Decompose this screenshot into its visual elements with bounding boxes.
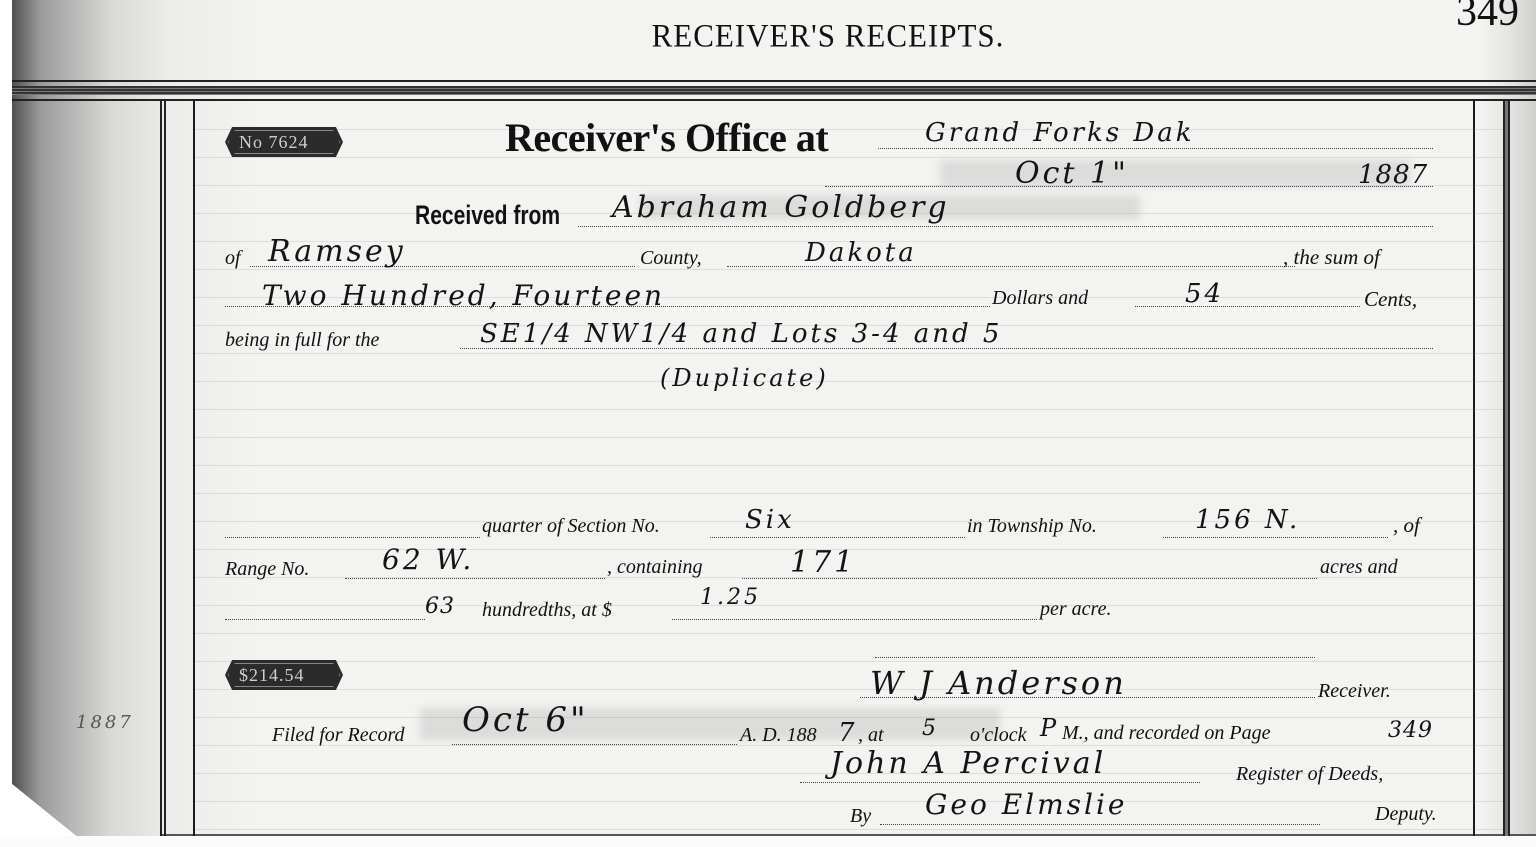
- amount-stamp: $214.54: [225, 660, 343, 690]
- range-number: 62 W.: [382, 543, 474, 576]
- filed-date: Oct 6": [462, 700, 589, 740]
- hundredths-value: 63: [425, 594, 455, 619]
- meridiem: P: [1040, 714, 1059, 742]
- office-location: Grand Forks Dak: [925, 118, 1195, 148]
- containing-label: , containing: [607, 556, 703, 579]
- left-double-rule: [160, 101, 166, 836]
- register-of-deeds-label: Register of Deeds,: [1236, 763, 1383, 786]
- page-number: 349: [1456, 0, 1519, 36]
- of-label: of: [225, 247, 241, 270]
- township-label: in Township No.: [967, 515, 1097, 538]
- quarter-section-label: quarter of Section No.: [482, 515, 660, 538]
- range-label: Range No.: [225, 558, 309, 581]
- deputy-signature: Geo Elmslie: [925, 788, 1128, 821]
- top-rule-2: [12, 99, 1536, 101]
- section-number: Six: [745, 505, 795, 535]
- page-edge: [0, 0, 12, 847]
- register-signature: John A Percival: [830, 746, 1106, 781]
- hundredths-label: hundredths, at $: [482, 599, 612, 622]
- ad-year-digit: 7: [838, 718, 858, 748]
- stamp-border: [228, 130, 340, 154]
- being-in-full-label: being in full for the: [225, 329, 379, 352]
- price-per-acre: 1.25: [700, 585, 761, 610]
- received-from-dotted-line: [578, 226, 1433, 227]
- page-bottom-edge: [0, 836, 1536, 847]
- cents-dotted-line: [1135, 306, 1360, 307]
- at-label: , at: [858, 724, 884, 747]
- stamp-border: [228, 663, 340, 687]
- per-acre-label: per acre.: [1040, 598, 1111, 621]
- sum-of-label: , the sum of: [1283, 245, 1380, 270]
- recorded-on-page-label: M., and recorded on Page: [1062, 722, 1270, 745]
- duplicate-note: (Duplicate): [660, 364, 829, 392]
- county-name: Ramsey: [268, 234, 406, 269]
- margin-year-note: 1887: [76, 712, 134, 733]
- county-label: County,: [640, 247, 702, 270]
- oclock-label: o'clock: [970, 724, 1026, 747]
- range-dotted-line: [345, 578, 605, 579]
- page-title: RECEIVER'S RECEIPTS.: [0, 17, 1536, 55]
- acres-and-label: acres and: [1320, 556, 1398, 579]
- deputy-label: Deputy.: [1375, 803, 1437, 826]
- township-number: 156 N.: [1195, 505, 1300, 535]
- filed-date-dotted-line: [452, 744, 737, 745]
- office-dotted-line: [878, 148, 1433, 149]
- top-rule-1: [12, 80, 1536, 82]
- acres-value: 171: [790, 545, 856, 580]
- receiver-label: Receiver.: [1318, 680, 1391, 703]
- deputy-dotted-line: [880, 824, 1320, 825]
- date-dotted-line: [825, 186, 1433, 187]
- right-double-rule: [1503, 101, 1510, 836]
- received-from-label: Received from: [415, 200, 560, 231]
- recorded-page: 349: [1388, 718, 1433, 743]
- price-dotted-line: [672, 619, 1037, 620]
- section-dotted-line: [710, 537, 965, 538]
- land-description: SE1/4 NW1/4 and Lots 3-4 and 5: [480, 319, 1002, 349]
- cents-value: 54: [1185, 279, 1224, 309]
- register-dotted-line: [800, 782, 1200, 783]
- township-dotted-line: [1163, 537, 1388, 538]
- filed-hour: 5: [922, 716, 939, 741]
- office-heading: Receiver's Office at: [505, 114, 828, 161]
- receipt-number-stamp: No 7624: [225, 127, 343, 157]
- filed-for-record-label: Filed for Record: [272, 724, 405, 747]
- receipt-date: Oct 1": [1015, 156, 1129, 191]
- smudge: [940, 160, 1410, 186]
- receipt-year: 1887: [1358, 160, 1428, 190]
- dollars-and-label: Dollars and: [992, 287, 1088, 310]
- amount-words: Two Hundred, Fourteen: [262, 279, 665, 312]
- receiver-signature: W J Anderson: [870, 664, 1127, 702]
- hundredths-dotted-line-left: [225, 619, 425, 620]
- ad-label: A. D. 188: [740, 724, 817, 747]
- payer-name: Abraham Goldberg: [612, 190, 950, 225]
- territory-name: Dakota: [805, 238, 917, 268]
- cents-label: Cents,: [1364, 287, 1417, 312]
- receiver-top-dotted-line: [875, 657, 1315, 658]
- top-rule-band: [12, 86, 1536, 95]
- by-label: By: [850, 805, 871, 828]
- of-label-2: , of: [1393, 513, 1420, 538]
- quarter-dotted-line: [225, 537, 480, 538]
